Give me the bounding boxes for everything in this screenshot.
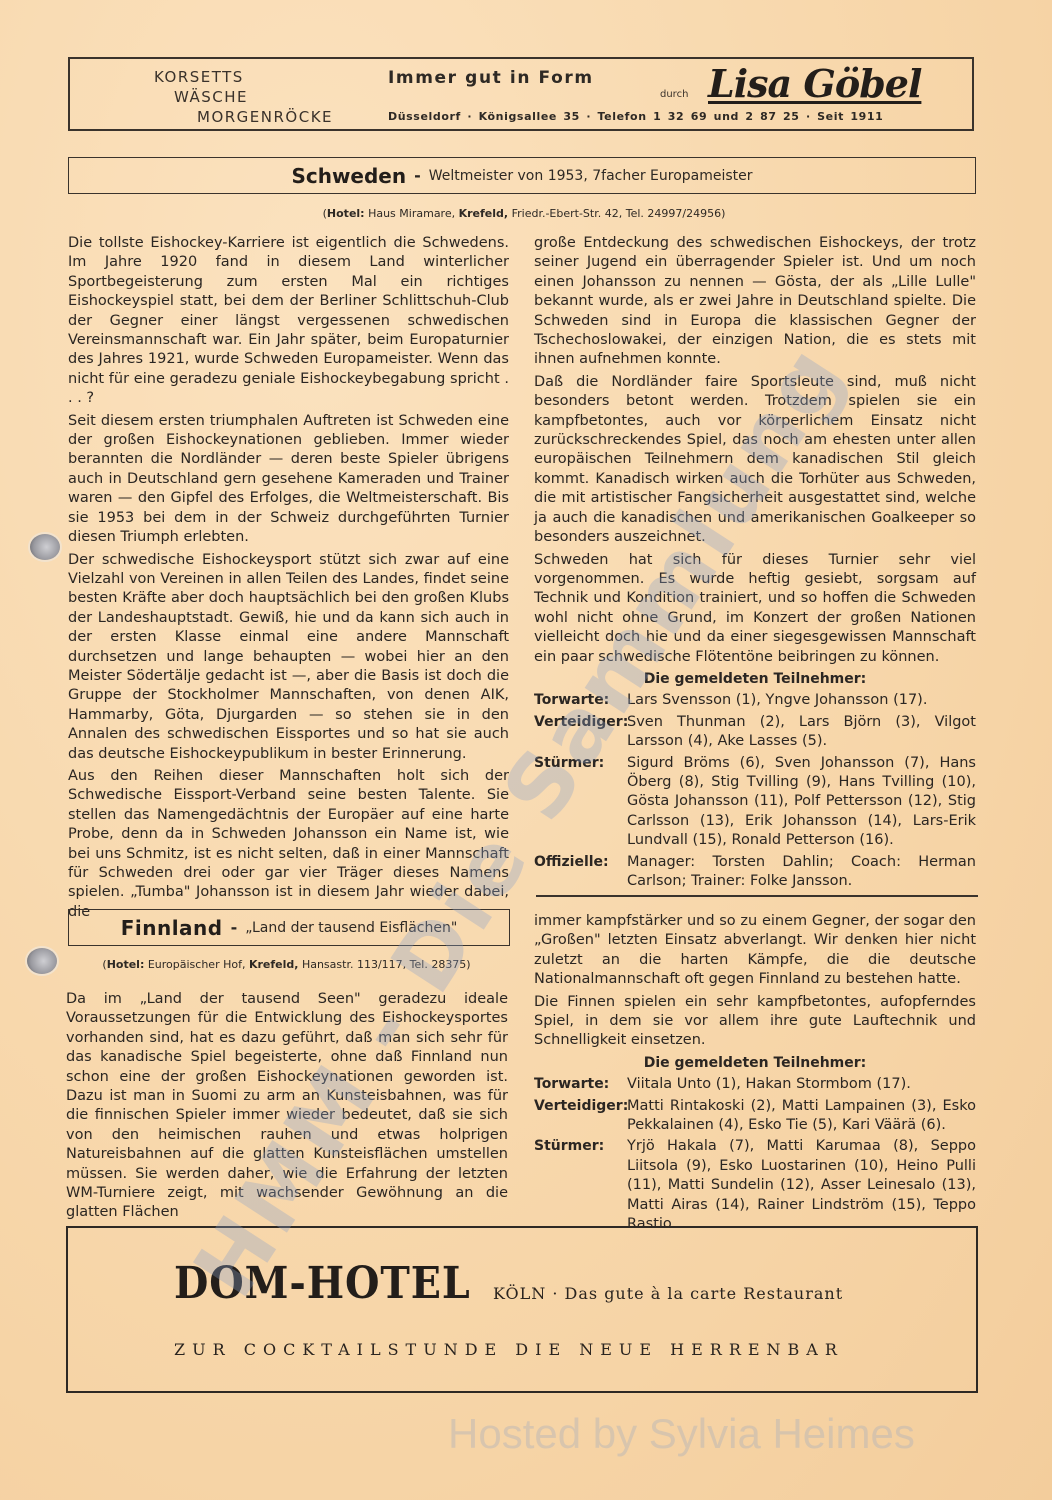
ad-tagline: KÖLN · Das gute à la carte Restaurant <box>493 1284 843 1303</box>
paragraph: Seit diesem ersten triumphalen Auftreten… <box>68 412 509 548</box>
ad-bar-line: ZUR COCKTAILSTUNDE DIE NEUE HERRENBAR <box>174 1340 844 1359</box>
roster-names: Sven Thunman (2), Lars Björn (3), Vilgot… <box>627 713 976 752</box>
roster-row: Torwarte: Viitala Unto (1), Hakan Stormb… <box>534 1075 976 1094</box>
roster-title: Die gemeldeten Teilnehmer: <box>534 1054 976 1073</box>
hotel-info-finland: (Hotel: Europäischer Hof, Krefeld, Hansa… <box>84 958 489 971</box>
roster-names: Viitala Unto (1), Hakan Stormbom (17). <box>627 1075 976 1094</box>
roster-names: Yrjö Hakala (7), Matti Karumaa (8), Sepp… <box>627 1137 976 1234</box>
roster-row: Verteidiger: Sven Thunman (2), Lars Björ… <box>534 713 976 752</box>
ad-hotel-name: DOM-HOTEL <box>174 1258 471 1309</box>
ad-lisa-goebel: KORSETTS WÄSCHE MORGENRÖCKE Immer gut in… <box>68 57 974 131</box>
paragraph: immer kampfstärker und so zu einem Gegne… <box>534 912 976 990</box>
paragraph: Daß die Nordländer faire Sportsleute sin… <box>534 373 976 548</box>
section-header-finland: Finnland - „Land der tausend Eisflächen" <box>68 909 510 946</box>
ad-product: MORGENRÖCKE <box>154 107 333 127</box>
hotel-city: Krefeld, <box>249 958 298 971</box>
section-subtitle: Weltmeister von 1953, 7facher Europameis… <box>429 168 753 184</box>
roster-position: Verteidiger: <box>534 1097 627 1136</box>
finland-roster: Torwarte: Viitala Unto (1), Hakan Stormb… <box>534 1075 976 1234</box>
roster-names: Sigurd Bröms (6), Sven Johansson (7), Ha… <box>627 754 976 851</box>
roster-row: Offizielle: Manager: Torsten Dahlin; Coa… <box>534 853 976 892</box>
section-dash: - <box>231 918 238 937</box>
roster-names: Lars Svensson (1), Yngve Johansson (17). <box>627 691 976 710</box>
hotel-label: Hotel: <box>327 207 365 220</box>
paragraph: große Entdeckung des schwedischen Eishoc… <box>534 234 976 370</box>
ad-durch: durch <box>660 89 688 100</box>
roster-position: Stürmer: <box>534 754 627 851</box>
ad-product-list: KORSETTS WÄSCHE MORGENRÖCKE <box>154 67 333 127</box>
paragraph: Der schwedische Eishockeysport stützt si… <box>68 551 509 764</box>
hotel-info-sweden: (Hotel: Haus Miramare, Krefeld, Friedr.-… <box>300 207 748 220</box>
column-divider <box>536 895 978 897</box>
hotel-name: Haus Miramare, <box>368 207 455 220</box>
hotel-address: Friedr.-Ebert-Str. 42, Tel. 24997/24956) <box>512 207 726 220</box>
punch-hole <box>30 534 60 560</box>
finland-article-left: Da im „Land der tausend Seen" geradezu i… <box>66 990 508 1226</box>
roster-position: Offizielle: <box>534 853 627 892</box>
paragraph: Aus den Reihen dieser Mannschaften holt … <box>68 767 509 922</box>
roster-position: Torwarte: <box>534 691 627 710</box>
sweden-article-right: große Entdeckung des schwedischen Eishoc… <box>534 234 976 893</box>
finland-article-right: immer kampfstärker und so zu einem Gegne… <box>534 912 976 1237</box>
sweden-roster: Torwarte: Lars Svensson (1), Yngve Johan… <box>534 691 976 891</box>
roster-row: Verteidiger: Matti Rintakoski (2), Matti… <box>534 1097 976 1136</box>
section-header-sweden: Schweden - Weltmeister von 1953, 7facher… <box>68 157 976 194</box>
roster-title: Die gemeldeten Teilnehmer: <box>534 670 976 689</box>
hotel-label: Hotel: <box>107 958 145 971</box>
paragraph: Da im „Land der tausend Seen" geradezu i… <box>66 990 508 1223</box>
punch-hole <box>27 948 57 974</box>
ad-dom-hotel: DOM-HOTEL KÖLN · Das gute à la carte Res… <box>66 1226 978 1393</box>
hotel-name: Europäischer Hof, <box>148 958 246 971</box>
roster-names: Matti Rintakoski (2), Matti Lampainen (3… <box>627 1097 976 1136</box>
watermark-hosted: Hosted by Sylvia Heimes <box>448 1410 915 1458</box>
sweden-article-left: Die tollste Eishockey-Karriere ist eigen… <box>68 234 509 925</box>
roster-position: Verteidiger: <box>534 713 627 752</box>
ad-address: Düsseldorf · Königsallee 35 · Telefon 1 … <box>388 110 883 123</box>
hotel-address: Hansastr. 113/117, Tel. 28375) <box>302 958 471 971</box>
roster-position: Torwarte: <box>534 1075 627 1094</box>
roster-row: Torwarte: Lars Svensson (1), Yngve Johan… <box>534 691 976 710</box>
paragraph: Schweden hat sich für dieses Turnier seh… <box>534 551 976 667</box>
ad-slogan: Immer gut in Form <box>388 68 594 88</box>
roster-row: Stürmer: Yrjö Hakala (7), Matti Karumaa … <box>534 1137 976 1234</box>
section-title: Schweden <box>291 164 406 188</box>
program-page: KORSETTS WÄSCHE MORGENRÖCKE Immer gut in… <box>0 0 1052 1500</box>
roster-names: Manager: Torsten Dahlin; Coach: Herman C… <box>627 853 976 892</box>
ad-product: KORSETTS <box>154 67 333 87</box>
ad-product: WÄSCHE <box>154 87 333 107</box>
section-dash: - <box>414 166 421 185</box>
paragraph: Die tollste Eishockey-Karriere ist eigen… <box>68 234 509 409</box>
section-title: Finnland <box>121 916 223 940</box>
roster-row: Stürmer: Sigurd Bröms (6), Sven Johansso… <box>534 754 976 851</box>
section-subtitle: „Land der tausend Eisflächen" <box>245 920 457 936</box>
paragraph: Die Finnen spielen ein sehr kampfbetonte… <box>534 993 976 1051</box>
ad-brand-logo: Lisa Göbel <box>708 61 921 106</box>
roster-position: Stürmer: <box>534 1137 627 1234</box>
hotel-city: Krefeld, <box>459 207 508 220</box>
